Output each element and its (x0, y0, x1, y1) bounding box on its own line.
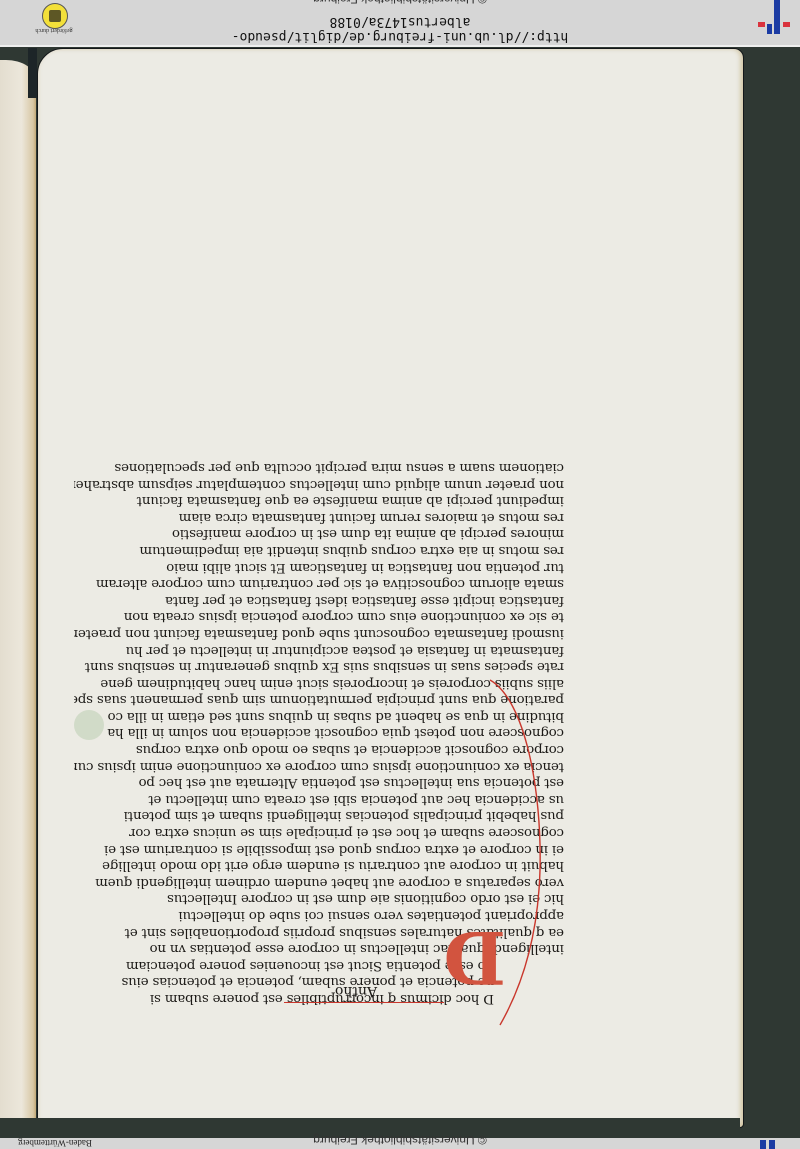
baden-wuerttemberg-coat-of-arms-icon[interactable] (42, 3, 68, 29)
manuscript-line: res motus in aia extra corpus quibus int… (74, 541, 564, 558)
book-bottom-shadow (0, 1118, 740, 1134)
ub-freiburg-logo-icon[interactable] (752, 0, 792, 34)
manuscript-line: fantastica incipit esse fantastica idest… (74, 591, 564, 608)
manuscript-line: tur potentia non fantastica in fantastic… (74, 558, 564, 575)
manuscript-line: fantasmata in fantasia et postea accipiu… (74, 641, 564, 658)
page-url[interactable]: http://dl.ub.uni-freiburg.de/diglit/pseu… (185, 14, 615, 44)
viewer-footer: Baden-Württemberg © Universitätsbiblioth… (0, 1138, 800, 1149)
decorated-initial: D (452, 918, 506, 996)
manuscript-line: tencia ex coniunctione ipsius cum corpor… (74, 757, 564, 774)
header-copyright: © Universitätsbibliothek Freiburg (240, 0, 560, 6)
manuscript-line: smata aliorum cognoscitiva et sic per co… (74, 575, 564, 592)
manuscript-line: iusmodi fantasmata cognoscunt sube quod … (74, 624, 564, 641)
footer-copyright: © Universitätsbibliothek Freiburg (260, 1133, 540, 1147)
rubric-text: Antho (330, 982, 382, 1000)
book-gutter (28, 48, 37, 98)
funded-by-label: gefördert durch (34, 27, 74, 33)
manuscript-line: est potencia sua intellectus est potenti… (74, 774, 564, 791)
manuscript-line: minores percipi ab anima ita dum est in … (74, 525, 564, 542)
rubric-underline (284, 1002, 444, 1003)
manuscript-line: impediunt percipi ab anima manifeste ea … (74, 492, 564, 509)
ub-freiburg-logo-icon[interactable] (760, 1140, 780, 1149)
manuscript-line: cognoscere subam et hoc est ei principal… (74, 823, 564, 840)
funder-label: Baden-Württemberg (0, 1138, 110, 1148)
manuscript-line: cognoscere non potest quia cognoscit acc… (74, 724, 564, 741)
manuscript-text-block: D hoc dicimus q incorruptibiles est pone… (74, 286, 564, 1006)
viewer-header: © Universitätsbibliothek Freiburg http:/… (0, 0, 800, 47)
manuscript-line: ciationem suam a sensu mira percipit occ… (74, 458, 564, 475)
manuscript-line: vero separatus a corpore aut habet eunde… (74, 873, 564, 890)
manuscript-line: non praeter unum aliquid cum intellectus… (74, 475, 564, 492)
manuscript-line: te sic ex coniunctione eius cum corpore … (74, 608, 564, 625)
manuscript-line: res motus et maiores rerum faciunt fanta… (74, 508, 564, 525)
initial-letter: D (452, 918, 506, 996)
manuscript-line: rate species suas in sensibus suis Ex qu… (74, 658, 564, 675)
manuscript-line: ei in corpore et extra corpus quod est i… (74, 840, 564, 857)
facing-page-edge (0, 60, 36, 1120)
manuscript-line: habuit in corpore aut contrariu si eunde… (74, 857, 564, 874)
manuscript-line: pus habebit principalis potencias intell… (74, 807, 564, 824)
manuscript-line: paratione qua sunt principia permutation… (74, 691, 564, 708)
manuscript-line: corpore cognoscit accidencia et subas eo… (74, 741, 564, 758)
manuscript-line: hic ei est ordo cognitionis aie dum est … (74, 890, 564, 907)
manuscript-line: aliis subiis corporeis et incorporeis si… (74, 674, 564, 691)
manuscript-line: bitudine in qua se habent ad subas in qu… (74, 707, 564, 724)
rubric-heading: Antho (330, 982, 382, 1002)
manuscript-line: us accidencia hec aut potencia sibi est … (74, 790, 564, 807)
